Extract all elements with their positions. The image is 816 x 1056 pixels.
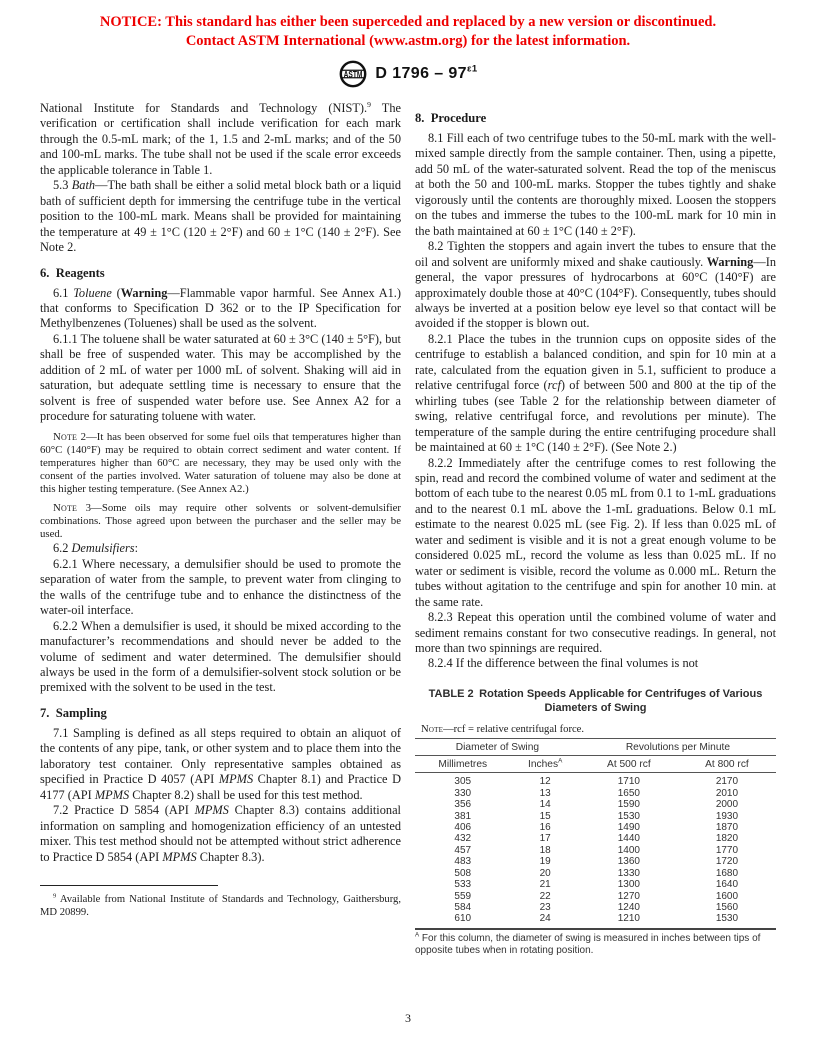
table-cell: 305	[415, 773, 511, 788]
table-cell: 610	[415, 913, 511, 928]
table-cell: 24	[511, 913, 580, 928]
par-7.1: 7.1 Sampling is defined as all steps req…	[40, 726, 401, 803]
table-cell: 559	[415, 891, 511, 902]
table-cell: 18	[511, 845, 580, 856]
note-2: Note 2—It has been observed for some fue…	[40, 431, 401, 496]
table-cell: 14	[511, 799, 580, 810]
table-cell: 21	[511, 879, 580, 890]
par-8.2.1: 8.2.1 Place the tubes in the trunnion cu…	[415, 332, 776, 456]
table-cell: 13	[511, 788, 580, 799]
heading-8-procedure: 8. Procedure	[415, 111, 776, 126]
table-cell: 330	[415, 788, 511, 799]
table-cell: 1820	[678, 833, 776, 844]
table-cell: 1560	[678, 902, 776, 913]
par-6.1-toluene: 6.1 Toluene (Warning—Flammable vapor har…	[40, 286, 401, 332]
table-row: 5592212701600	[415, 891, 776, 902]
col-header-500rcf: At 500 rcf	[580, 756, 678, 773]
table-row: 4831913601720	[415, 856, 776, 867]
notice-line-2: Contact ASTM International (www.astm.org…	[40, 32, 776, 51]
table-2-footnote: A For this column, the diameter of swing…	[415, 933, 776, 958]
table-cell: 1720	[678, 856, 776, 867]
table-2: TABLE 2 Rotation Speeds Applicable for C…	[415, 688, 776, 958]
par-5.3-bath: 5.3 Bath—The bath shall be either a soli…	[40, 178, 401, 255]
table-row: 4321714401820	[415, 833, 776, 844]
svg-text:ASTM: ASTM	[344, 69, 363, 79]
table-cell: 1590	[580, 799, 678, 810]
table-2-header: Diameter of Swing Revolutions per Minute…	[415, 739, 776, 773]
table-row: 3301316502010	[415, 788, 776, 799]
table-cell: 1650	[580, 788, 678, 799]
table-row: 3811515301930	[415, 811, 776, 822]
table-cell: 1330	[580, 868, 678, 879]
notice: NOTICE: This standard has either been su…	[40, 13, 776, 50]
table-cell: 2000	[678, 799, 776, 810]
table-cell: 1530	[580, 811, 678, 822]
table-cell: 1870	[678, 822, 776, 833]
par-8.1: 8.1 Fill each of two centrifuge tubes to…	[415, 131, 776, 239]
table-2-grid: Diameter of Swing Revolutions per Minute…	[415, 738, 776, 929]
par-8.2: 8.2 Tighten the stoppers and again inver…	[415, 239, 776, 332]
table-cell: 1270	[580, 891, 678, 902]
table-row: 5332113001640	[415, 879, 776, 890]
table-cell: 1490	[580, 822, 678, 833]
document-page: NOTICE: This standard has either been su…	[0, 0, 816, 1056]
table-cell: 1210	[580, 913, 678, 928]
table-cell: 533	[415, 879, 511, 890]
notice-line-1: NOTICE: This standard has either been su…	[40, 13, 776, 32]
footnote-9: 9 Available from National Institute of S…	[40, 885, 401, 919]
table-row: 4061614901870	[415, 822, 776, 833]
table-cell: 1710	[580, 773, 678, 788]
table-cell: 1600	[678, 891, 776, 902]
table-cell: 1400	[580, 845, 678, 856]
table-cell: 16	[511, 822, 580, 833]
group-header-rpm: Revolutions per Minute	[580, 739, 776, 756]
col-header-800rcf: At 800 rcf	[678, 756, 776, 773]
table-row: 4571814001770	[415, 845, 776, 856]
table-cell: 1440	[580, 833, 678, 844]
designation-number: D 1796 – 97	[375, 65, 467, 82]
table-cell: 2170	[678, 773, 776, 788]
par-6.2.2: 6.2.2 When a demulsifier is used, it sho…	[40, 619, 401, 696]
table-cell: 432	[415, 833, 511, 844]
table-cell: 12	[511, 773, 580, 788]
par-6.2.1: 6.2.1 Where necessary, a demulsifier sho…	[40, 557, 401, 619]
table-2-note: Note—rcf = relative centrifugal force.	[415, 724, 776, 735]
page-number: 3	[0, 1011, 816, 1026]
table-cell: 22	[511, 891, 580, 902]
table-row: 5842312401560	[415, 902, 776, 913]
footnote-9-text: 9 Available from National Institute of S…	[40, 893, 401, 919]
table-cell: 406	[415, 822, 511, 833]
par-6.1.1: 6.1.1 The toluene shall be water saturat…	[40, 332, 401, 425]
table-cell: 15	[511, 811, 580, 822]
table-2-body: 3051217102170330131650201035614159020003…	[415, 773, 776, 929]
table-row: 5082013301680	[415, 868, 776, 879]
table-cell: 20	[511, 868, 580, 879]
table-cell: 1360	[580, 856, 678, 867]
table-row: 6102412101530	[415, 913, 776, 928]
group-header-diameter: Diameter of Swing	[415, 739, 580, 756]
table-cell: 1640	[678, 879, 776, 890]
par-8.2.2: 8.2.2 Immediately after the centrifuge c…	[415, 456, 776, 611]
astm-logo-icon: ASTM	[338, 59, 368, 89]
designation-superscript: ε1	[467, 64, 478, 75]
table-cell: 1770	[678, 845, 776, 856]
table-row: 3051217102170	[415, 773, 776, 788]
table-cell: 1930	[678, 811, 776, 822]
masthead: ASTM D 1796 – 97ε1	[40, 59, 776, 89]
table-cell: 356	[415, 799, 511, 810]
col-header-inches: InchesA	[511, 756, 580, 773]
par-8.2.4: 8.2.4 If the difference between the fina…	[415, 656, 776, 671]
table-cell: 19	[511, 856, 580, 867]
par-8.2.3: 8.2.3 Repeat this operation until the co…	[415, 610, 776, 656]
table-cell: 1300	[580, 879, 678, 890]
col-header-millimetres: Millimetres	[415, 756, 511, 773]
standard-designation: D 1796 – 97ε1	[375, 65, 477, 83]
table-cell: 23	[511, 902, 580, 913]
table-cell: 483	[415, 856, 511, 867]
table-cell: 381	[415, 811, 511, 822]
note-3: Note 3—Some oils may require other solve…	[40, 502, 401, 541]
table-cell: 1240	[580, 902, 678, 913]
heading-6-reagents: 6. Reagents	[40, 266, 401, 281]
par-7.2: 7.2 Practice D 5854 (API MPMS Chapter 8.…	[40, 803, 401, 865]
par-6.2-demulsifiers: 6.2 Demulsifiers:	[40, 541, 401, 556]
table-row: 3561415902000	[415, 799, 776, 810]
table-cell: 584	[415, 902, 511, 913]
left-column: National Institute for Standards and Tec…	[40, 101, 401, 958]
right-column: 8. Procedure8.1 Fill each of two centrif…	[415, 101, 776, 958]
table-cell: 2010	[678, 788, 776, 799]
table-cell: 508	[415, 868, 511, 879]
heading-7-sampling: 7. Sampling	[40, 706, 401, 721]
footnote-rule	[40, 885, 218, 886]
table-cell: 1680	[678, 868, 776, 879]
table-cell: 1530	[678, 913, 776, 928]
table-2-title: TABLE 2 Rotation Speeds Applicable for C…	[426, 688, 766, 716]
two-column-body: National Institute for Standards and Tec…	[40, 101, 776, 958]
table-cell: 457	[415, 845, 511, 856]
par-5.2-continuation: National Institute for Standards and Tec…	[40, 101, 401, 178]
table-cell: 17	[511, 833, 580, 844]
